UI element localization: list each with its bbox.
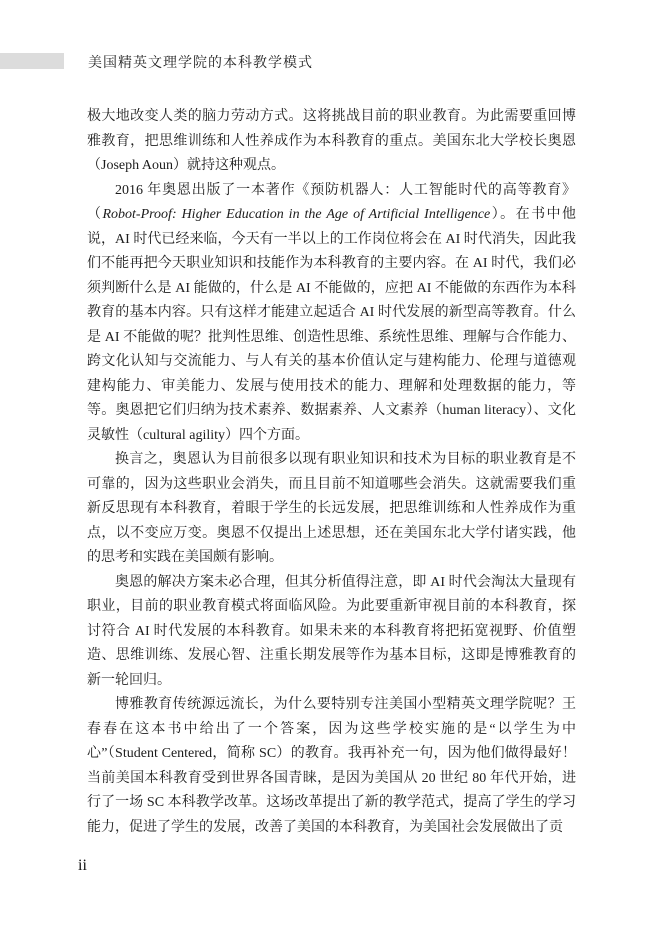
page-footer: ii <box>78 857 87 875</box>
page-body: 极大地改变人类的脑力劳动方式。这将挑战目前的职业教育。为此需要重回博雅教育，把思… <box>87 105 576 840</box>
book-title-italic: Robot-Proof: Higher Education in the Age… <box>102 207 490 222</box>
running-head-title: 美国精英文理学院的本科教学模式 <box>88 52 313 72</box>
header-decoration-bar <box>0 53 64 69</box>
text-run: 极大地改变人类的脑力劳动方式。这将挑战目前的职业教育。为此需要重回博雅教育，把思… <box>87 109 576 173</box>
document-page: 美国精英文理学院的本科教学模式 极大地改变人类的脑力劳动方式。这将挑战目前的职业… <box>0 0 661 925</box>
text-run: 奥恩的解决方案未必合理，但其分析值得注意，即 AI 时代会淘汰大量现有职业，目前… <box>87 575 576 688</box>
text-run: ）。在书中他说，AI 时代已经来临，今天有一半以上的工作岗位将会在 AI 时代消… <box>87 207 576 443</box>
paragraph: 2016 年奥恩出版了一本著作《预防机器人：人工智能时代的高等教育》（Robot… <box>87 179 576 449</box>
text-run: 换言之，奥恩认为目前很多以现有职业知识和技术为目标的职业教育是不可靠的，因为这些… <box>87 452 576 565</box>
text-run: 博雅教育传统源远流长，为什么要特别专注美国小型精英文理学院呢？王春春在这本书中给… <box>87 697 576 835</box>
paragraph: 极大地改变人类的脑力劳动方式。这将挑战目前的职业教育。为此需要重回博雅教育，把思… <box>87 105 576 179</box>
paragraph: 博雅教育传统源远流长，为什么要特别专注美国小型精英文理学院呢？王春春在这本书中给… <box>87 693 576 840</box>
page-header: 美国精英文理学院的本科教学模式 <box>0 52 661 70</box>
paragraph: 换言之，奥恩认为目前很多以现有职业知识和技术为目标的职业教育是不可靠的，因为这些… <box>87 448 576 571</box>
paragraph: 奥恩的解决方案未必合理，但其分析值得注意，即 AI 时代会淘汰大量现有职业，目前… <box>87 571 576 694</box>
page-number: ii <box>78 857 87 874</box>
